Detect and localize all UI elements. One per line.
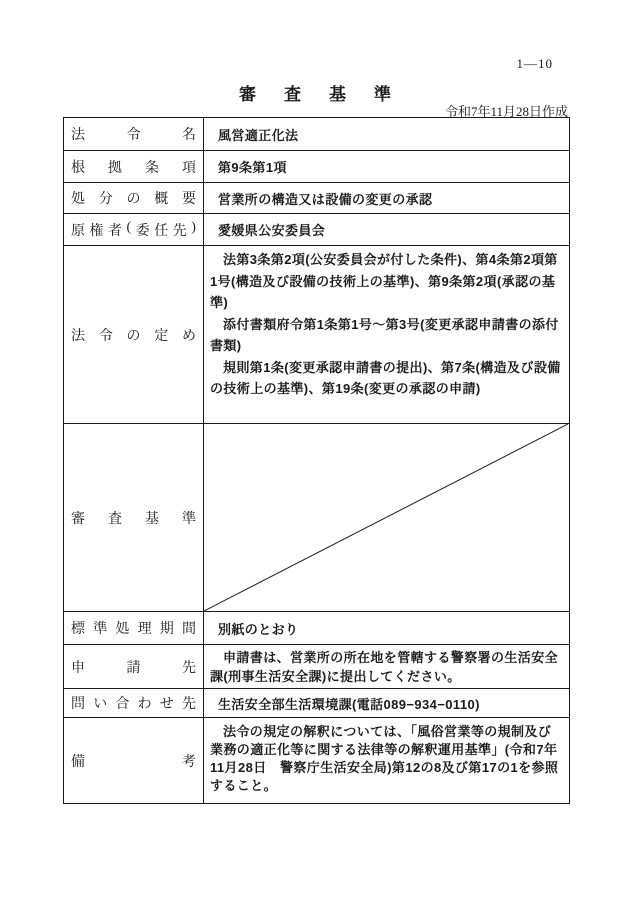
row-label-text: 処分の概要	[71, 188, 196, 208]
row-value-empty	[204, 424, 569, 611]
row-label-text: 法令名	[71, 124, 196, 144]
row-remarks: 備考 法令の規定の解釈については、「風俗営業等の規制及び業務の適正化等に関する法…	[64, 718, 569, 803]
row-label-text: 問い合わせ先	[71, 693, 196, 713]
row-value: 法第3条第2項(公安委員会が付した条件)、第4条第2項第1号(構造及び設備の技術…	[204, 246, 569, 423]
row-label: 申請先	[64, 645, 204, 688]
row-value: 法令の規定の解釈については、「風俗営業等の規制及び業務の適正化等に関する法律等の…	[204, 718, 569, 803]
row-label: 問い合わせ先	[64, 689, 204, 717]
application-destination-text: 申請書は、営業所の所在地を管轄する警察署の生活安全課(刑事生活安全課)に提出して…	[210, 648, 561, 686]
row-examination-criteria: 審査基準	[64, 424, 569, 612]
row-standard-processing-period: 標準処理期間 別紙のとおり	[64, 612, 569, 645]
row-value: 第9条第1項	[204, 151, 569, 182]
row-label-text: 備考	[71, 751, 196, 771]
row-label-text: 申請先	[71, 657, 196, 677]
row-application-destination: 申請先 申請書は、営業所の所在地を管轄する警察署の生活安全課(刑事生活安全課)に…	[64, 645, 569, 689]
row-label-text: 審査基準	[71, 508, 196, 528]
remarks-text: 法令の規定の解釈については、「風俗営業等の規制及び業務の適正化等に関する法律等の…	[210, 721, 561, 795]
row-label-text: 法令の定め	[71, 325, 196, 345]
row-value: 営業所の構造又は設備の変更の承認	[204, 183, 569, 213]
row-inquiry-contact: 問い合わせ先 生活安全部生活環境課(電話089−934−0110)	[64, 689, 569, 718]
row-label: 法令名	[64, 118, 204, 150]
criteria-table: 法令名 風営適正化法 根拠条項 第9条第1項 処分の概要 営業所の構造又は設備の…	[63, 117, 570, 804]
row-disposition-summary: 処分の概要 営業所の構造又は設備の変更の承認	[64, 183, 569, 214]
row-label-text: 原権者(委任先)	[71, 220, 196, 240]
row-value: 愛媛県公安委員会	[204, 214, 569, 245]
row-label: 法令の定め	[64, 246, 204, 423]
row-label: 処分の概要	[64, 183, 204, 213]
legal-provision-paragraph: 法第3条第2項(公安委員会が付した条件)、第4条第2項第1号(構造及び設備の技術…	[210, 249, 561, 314]
row-label-text: 標準処理期間	[71, 618, 196, 638]
row-law-name: 法令名 風営適正化法	[64, 118, 569, 151]
row-label: 審査基準	[64, 424, 204, 611]
row-value: 申請書は、営業所の所在地を管轄する警察署の生活安全課(刑事生活安全課)に提出して…	[204, 645, 569, 688]
row-label: 標準処理期間	[64, 612, 204, 644]
row-legal-provisions: 法令の定め 法第3条第2項(公安委員会が付した条件)、第4条第2項第1号(構造及…	[64, 246, 569, 424]
page-number: 1—10	[517, 56, 554, 72]
row-original-authority: 原権者(委任先) 愛媛県公安委員会	[64, 214, 569, 246]
row-label: 原権者(委任先)	[64, 214, 204, 245]
row-label-text: 根拠条項	[71, 157, 196, 177]
row-label: 備考	[64, 718, 204, 803]
legal-provision-paragraph: 規則第1条(変更承認申請書の提出)、第7条(構造及び設備の技術上の基準)、第19…	[210, 357, 561, 400]
document-page: 1—10 審査基準 令和7年11月28日作成 法令名 風営適正化法 根拠条項 第…	[0, 0, 630, 903]
row-legal-basis: 根拠条項 第9条第1項	[64, 151, 569, 183]
row-value: 生活安全部生活環境課(電話089−934−0110)	[204, 689, 569, 717]
row-value: 風営適正化法	[204, 118, 569, 150]
legal-provision-paragraph: 添付書類府令第1条第1号〜第3号(変更承認申請書の添付書類)	[210, 314, 561, 357]
row-label: 根拠条項	[64, 151, 204, 182]
row-value: 別紙のとおり	[204, 612, 569, 644]
diagonal-line	[204, 424, 568, 611]
